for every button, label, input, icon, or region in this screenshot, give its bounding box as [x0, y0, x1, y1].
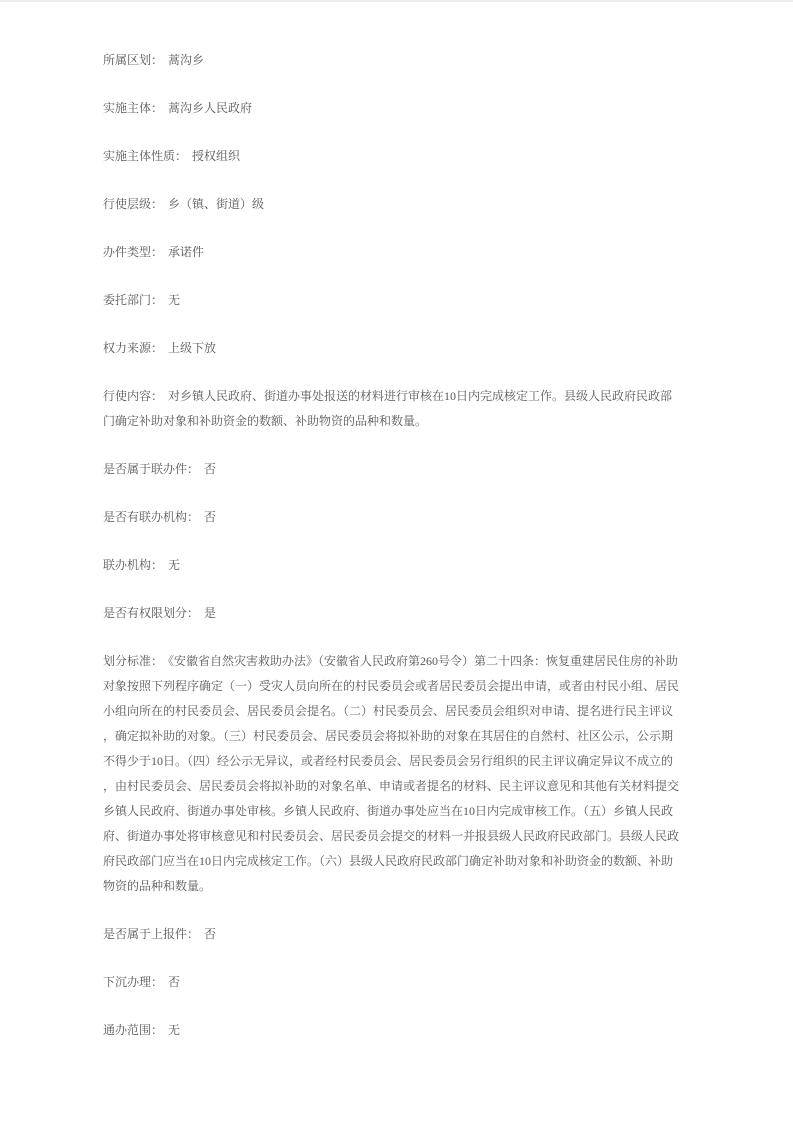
field-row: 所属区划：蒿沟乡 — [103, 48, 681, 73]
field-label: 权力来源： — [103, 341, 163, 355]
field-label: 是否属于上报件： — [103, 927, 199, 941]
field-value: 蒿沟乡人民政府 — [168, 101, 252, 115]
field-value: 否 — [204, 510, 216, 524]
field-value: 无 — [168, 558, 180, 572]
field-label: 划分标准： — [103, 654, 163, 668]
field-row: 划分标准：《安徽省自然灾害救助办法》（安徽省人民政府第260号令）第二十四条：恢… — [103, 649, 681, 899]
field-row: 通办范围：无 — [103, 1018, 681, 1043]
field-label: 委托部门： — [103, 293, 163, 307]
field-label: 实施主体性质： — [103, 149, 187, 163]
field-label: 所属区划： — [103, 53, 163, 67]
field-row: 实施主体性质：授权组织 — [103, 144, 681, 169]
field-row: 是否属于联办件：否 — [103, 457, 681, 482]
field-label: 联办机构： — [103, 558, 163, 572]
field-row: 行使层级：乡（镇、街道）级 — [103, 192, 681, 217]
field-row: 下沉办理：否 — [103, 970, 681, 995]
field-label: 办件类型： — [103, 245, 163, 259]
field-row: 是否属于上报件：否 — [103, 922, 681, 947]
field-row: 委托部门：无 — [103, 288, 681, 313]
field-label: 下沉办理： — [103, 975, 163, 989]
field-value: 承诺件 — [168, 245, 204, 259]
field-list: 所属区划：蒿沟乡 实施主体：蒿沟乡人民政府 实施主体性质：授权组织 行使层级：乡… — [103, 48, 681, 1043]
field-label: 通办范围： — [103, 1023, 163, 1037]
field-row: 办件类型：承诺件 — [103, 240, 681, 265]
field-row: 权力来源：上级下放 — [103, 336, 681, 361]
field-value: 对乡镇人民政府、街道办事处报送的材料进行审核在10日内完成核定工作。县级人民政府… — [103, 389, 672, 428]
field-label: 是否有联办机构： — [103, 510, 199, 524]
field-value: 否 — [204, 462, 216, 476]
field-label: 行使层级： — [103, 197, 163, 211]
field-value: 上级下放 — [168, 341, 216, 355]
field-value: 乡（镇、街道）级 — [168, 197, 264, 211]
field-label: 是否属于联办件： — [103, 462, 199, 476]
field-value: 否 — [168, 975, 180, 989]
document-page: 所属区划：蒿沟乡 实施主体：蒿沟乡人民政府 实施主体性质：授权组织 行使层级：乡… — [0, 2, 793, 1043]
field-value: 授权组织 — [192, 149, 240, 163]
field-label: 实施主体： — [103, 101, 163, 115]
field-row: 联办机构：无 — [103, 553, 681, 578]
field-value: 否 — [204, 927, 216, 941]
field-row: 是否有权限划分：是 — [103, 601, 681, 626]
field-value: 是 — [204, 606, 216, 620]
field-value: 无 — [168, 293, 180, 307]
field-row: 实施主体：蒿沟乡人民政府 — [103, 96, 681, 121]
field-row: 是否有联办机构：否 — [103, 505, 681, 530]
field-label: 行使内容： — [103, 389, 163, 403]
field-label: 是否有权限划分： — [103, 606, 199, 620]
field-value: 无 — [168, 1023, 180, 1037]
field-row: 行使内容：对乡镇人民政府、街道办事处报送的材料进行审核在10日内完成核定工作。县… — [103, 384, 681, 434]
field-value: 蒿沟乡 — [168, 53, 204, 67]
field-value: 《安徽省自然灾害救助办法》（安徽省人民政府第260号令）第二十四条：恢复重建居民… — [103, 654, 679, 893]
